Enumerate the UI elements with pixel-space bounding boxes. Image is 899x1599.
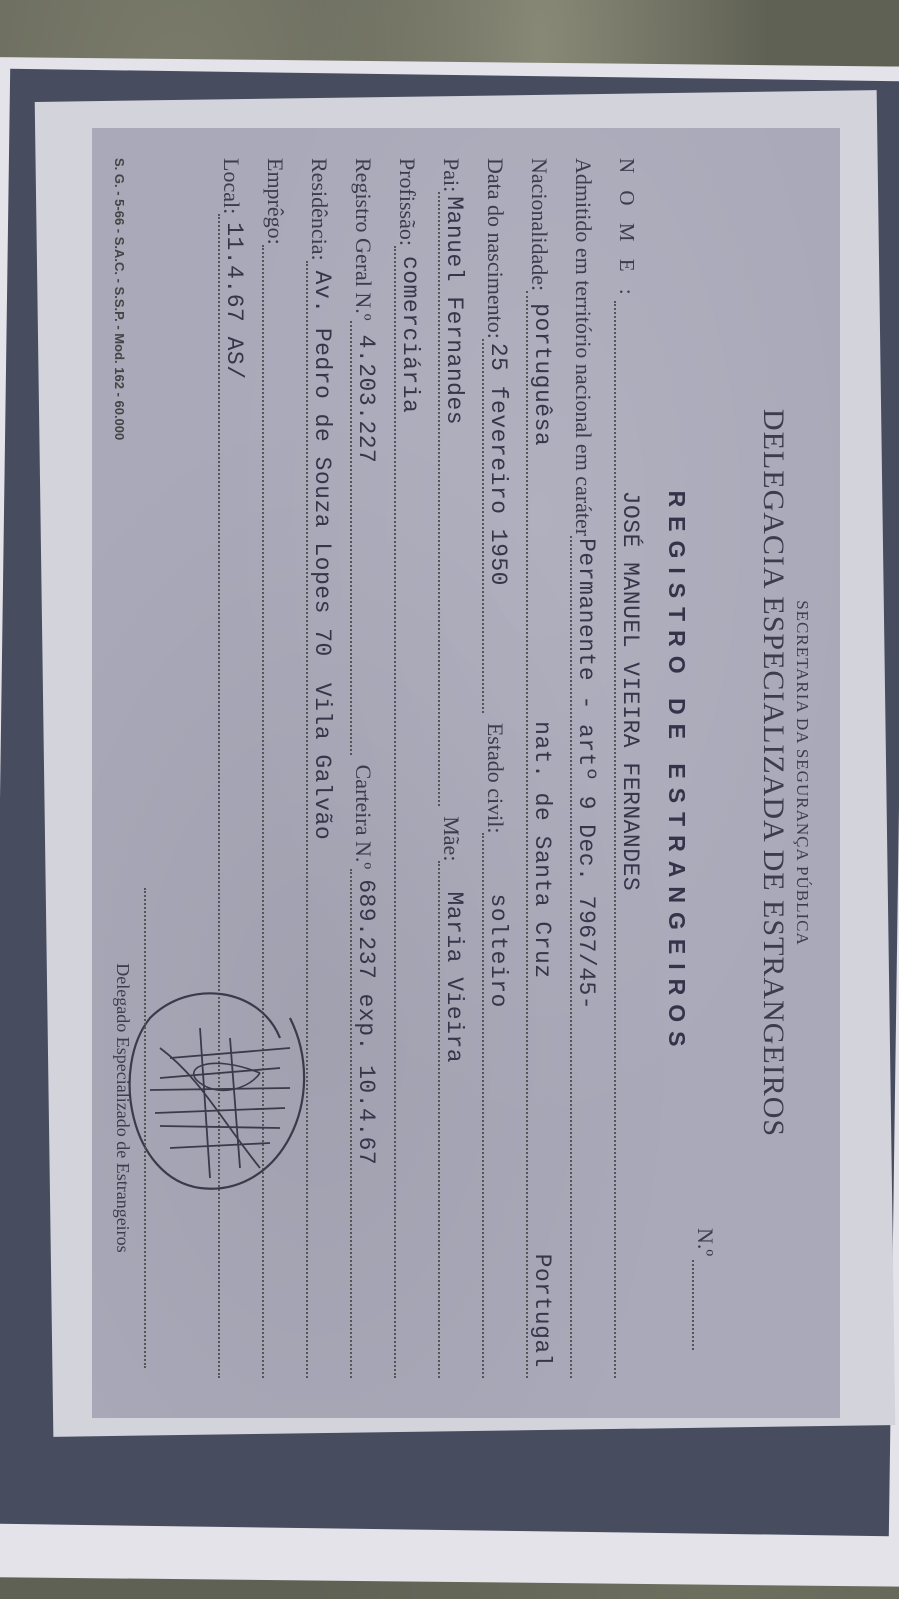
emprego-label: Emprêgo:	[262, 158, 288, 245]
nome-field: JOSÉ MANUEL VIEIRA FERNANDES	[614, 301, 644, 1378]
carteira-field: 689.237 exp. 10.4.67	[350, 869, 380, 1378]
header-secretaria: SECRETARIA DA SEGURANÇA PÚBLICA	[792, 128, 812, 1418]
bairro-value: Vila Galvão	[308, 683, 336, 840]
estado-civil-value: solteiro	[484, 893, 512, 1007]
row-admitido: Admitido em território nacional em carát…	[570, 158, 604, 1378]
profissao-label: Profissão:	[394, 158, 420, 246]
carteira-value: 689.237 exp. 10.4.67	[352, 879, 380, 1165]
profissao-field: comerciária	[394, 246, 424, 1378]
registry-number-label: N.º	[692, 1228, 718, 1256]
nacionalidade-field: portuguêsa nat. de Santa Cruz Portugal	[526, 291, 556, 1378]
residencia-label: Residência:	[306, 158, 332, 261]
estado-civil-label: Estado civil:	[482, 723, 508, 834]
residencia-value: Av. Pedro de Souza Lopes 70	[308, 271, 336, 657]
row-profissao: Profissão: comerciária	[394, 158, 428, 1378]
data-nascimento-value: 25 fevereiro 1950	[484, 343, 512, 586]
registry-number-field	[692, 1260, 712, 1350]
estado-civil-field: solteiro	[482, 833, 512, 1378]
row-nome: N O M E : JOSÉ MANUEL VIEIRA FERNANDES	[614, 158, 648, 1378]
admitido-label: Admitido em território nacional em carát…	[570, 158, 596, 536]
profissao-value: comerciária	[396, 256, 424, 413]
document-wrapper: SECRETARIA DA SEGURANÇA PÚBLICA DELEGACI…	[92, 128, 840, 1408]
local-label: Local:	[218, 158, 244, 214]
row-registro: Registro Geral N.º 4.203.227 Carteira N.…	[350, 158, 384, 1378]
naturalidade-value: nat. de Santa Cruz	[528, 721, 556, 978]
pais-value: Portugal	[528, 1254, 556, 1368]
registro-geral-label: Registro Geral N.º	[350, 158, 376, 321]
local-value: 11.4.67 AS/	[220, 222, 248, 379]
row-nacionalidade: Nacionalidade: portuguêsa nat. de Santa …	[526, 158, 560, 1378]
pai-field: Manuel Fernandes	[438, 192, 468, 806]
signature-caption: Delegado Especializado de Estrangeiros	[112, 838, 133, 1378]
data-nascimento-field: 25 fevereiro 1950	[482, 339, 512, 713]
registro-geral-field: 4.203.227	[350, 321, 380, 755]
nome-label: N O M E :	[614, 158, 639, 301]
admitido-value: Permanente - artº 9 Dec. 7967/45-	[572, 538, 600, 1010]
carteira-label: Carteira N.º	[350, 765, 376, 870]
pai-value: Manuel Fernandes	[440, 196, 468, 425]
residencia-field: Av. Pedro de Souza Lopes 70 Vila Galvão	[306, 261, 336, 1378]
mae-field: Maria Vieira	[438, 861, 468, 1378]
form-code: S. G. - 5-66 - S.A.C. - S.S.P. - Mod. 16…	[112, 158, 127, 440]
emprego-field	[262, 245, 292, 1378]
mae-value: Maria Vieira	[440, 891, 468, 1063]
nome-value: JOSÉ MANUEL VIEIRA FERNANDES	[616, 491, 644, 891]
row-nascimento: Data do nascimento: 25 fevereiro 1950 Es…	[482, 158, 516, 1378]
registration-document: SECRETARIA DA SEGURANÇA PÚBLICA DELEGACI…	[92, 128, 840, 1418]
row-filiacao: Pai: Manuel Fernandes Mãe: Maria Vieira	[438, 158, 472, 1378]
pai-label: Pai:	[438, 158, 464, 192]
signature-line	[144, 888, 146, 1368]
registry-number: N.º	[692, 1228, 718, 1350]
registro-geral-value: 4.203.227	[352, 335, 380, 464]
signature-scribble	[110, 978, 320, 1208]
document-title: REGISTRO DE ESTRANGEIROS	[663, 128, 690, 1418]
nacionalidade-value: portuguêsa	[528, 303, 556, 446]
header-delegacia: DELEGACIA ESPECIALIZADA DE ESTRANGEIROS	[756, 128, 790, 1418]
admitido-field: Permanente - artº 9 Dec. 7967/45-	[570, 536, 600, 1378]
nacionalidade-label: Nacionalidade:	[526, 158, 552, 291]
data-nascimento-label: Data do nascimento:	[482, 158, 508, 339]
mae-label: Mãe:	[438, 816, 464, 861]
